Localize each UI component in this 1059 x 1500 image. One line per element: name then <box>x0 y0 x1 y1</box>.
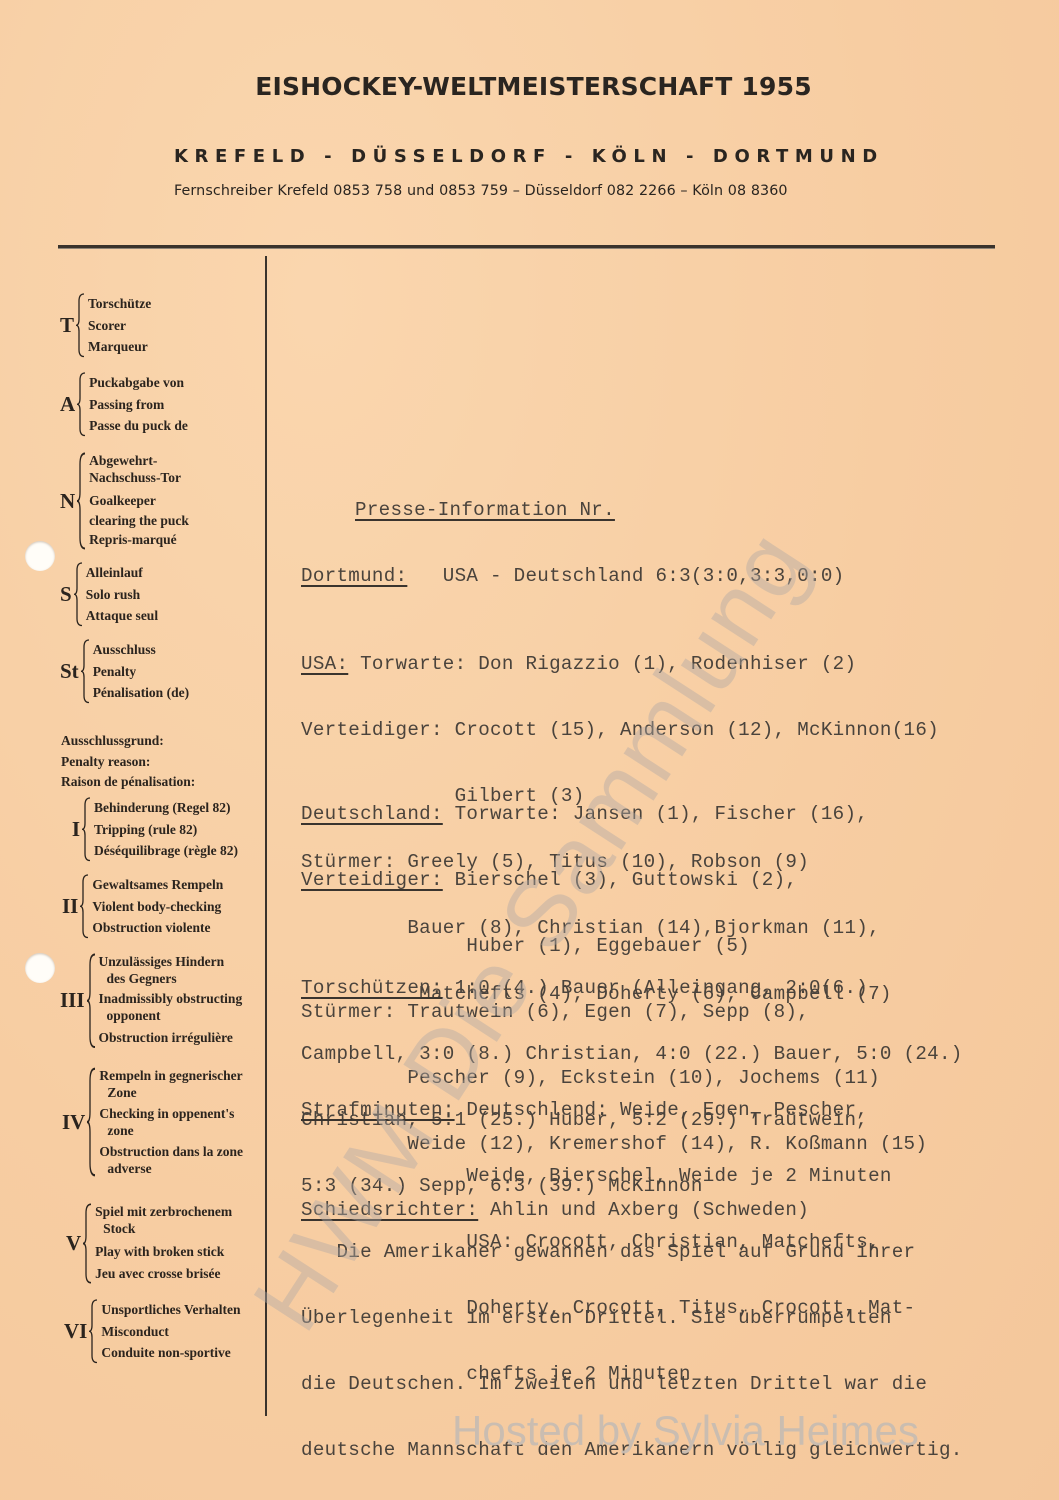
legend-line: Passe du puck de <box>89 415 188 437</box>
legend-item-St: St Ausschluss Penalty Pénalisation (de) <box>60 639 189 704</box>
brace-icon <box>80 874 89 939</box>
legend-item-A: A Puckabgabe von Passing from Passe du p… <box>60 372 188 437</box>
brace-icon <box>89 1299 98 1364</box>
legend-line: Puckabgabe von <box>89 372 188 394</box>
brace-icon <box>77 372 86 437</box>
penalty-reason-III: III Unzulässiges Hindern des Gegners Ina… <box>60 953 242 1049</box>
penalty-reason-VI: VI Unsportliches Verhalten Misconduct Co… <box>64 1299 240 1364</box>
legend-line: Rempeln in gegnerischer <box>99 1067 243 1084</box>
legend-line: Jeu avec crosse brisée <box>95 1263 232 1285</box>
legend-line: Repris-marqué <box>89 529 189 551</box>
legend-line: Penalty <box>93 661 189 683</box>
legend-line: Marqueur <box>88 336 151 358</box>
legend-line: Conduite non-sportive <box>101 1342 240 1364</box>
legend-line: Spiel mit zerbrochenem <box>95 1203 232 1220</box>
legend-line: Violent body-checking <box>92 896 223 918</box>
penalty-reason-IV: IV Rempeln in gegnerischer Zone Checking… <box>62 1067 243 1177</box>
legend-line: Behinderung (Regel 82) <box>94 797 238 819</box>
press-heading-text: Presse-Information Nr. <box>355 499 615 521</box>
letterhead-title: EISHOCKEY-WELTMEISTERSCHAFT 1955 <box>0 72 1059 101</box>
legend-item-N: N Abgewehrt- Nachschuss-Tor Goalkeeper c… <box>60 452 189 550</box>
legend-line: Inadmissibly obstructing <box>99 990 243 1007</box>
usa-label: USA: <box>301 653 348 675</box>
legend-key: I <box>64 817 80 842</box>
penalty-reason-I: I Behinderung (Regel 82) Tripping (rule … <box>64 797 238 862</box>
header-divider <box>58 245 995 249</box>
legend-line: Nachschuss-Tor <box>89 469 189 486</box>
legend-line: opponent <box>99 1007 243 1024</box>
legend-line: Obstruction irrégulière <box>99 1027 243 1049</box>
penalty-heading-en: Penalty reason: <box>61 752 195 773</box>
germany-label: Deutschland: <box>301 803 443 825</box>
hosted-by-watermark: Hosted by Sylvia Heimes <box>452 1407 919 1455</box>
legend-line: zone <box>99 1122 243 1139</box>
legend-line: Unsportliches Verhalten <box>101 1299 240 1321</box>
legend-line: Misconduct <box>101 1321 240 1343</box>
legend-line: Attaque seul <box>86 605 158 627</box>
legend-line: Torschütze <box>88 293 151 315</box>
legend-line: Checking in oppenent's <box>99 1105 243 1122</box>
legend-item-S: S Alleinlauf Solo rush Attaque seul <box>60 562 158 627</box>
legend-key: N <box>60 489 75 514</box>
legend-key: V <box>66 1231 81 1256</box>
legend-line: Zone <box>99 1084 243 1101</box>
legend-line: Gewaltsames Rempeln <box>92 874 223 896</box>
brace-icon <box>77 452 86 550</box>
brace-icon <box>81 639 90 704</box>
brace-icon <box>87 953 96 1049</box>
legend-key: VI <box>64 1319 87 1344</box>
penalty-reason-V: V Spiel mit zerbrochenem Stock Play with… <box>66 1203 232 1284</box>
usa-goalies: Torwarte: Don Rigazzio (1), Rodenhiser (… <box>348 653 856 675</box>
press-heading: Presse-Information Nr. <box>355 499 615 521</box>
legend-key: St <box>60 659 79 684</box>
brace-icon <box>83 1203 92 1284</box>
penalty-heading-de: Ausschlussgrund: <box>61 731 195 752</box>
legend-line: clearing the puck <box>89 512 189 529</box>
legend-line: Obstruction dans la zone <box>99 1143 243 1160</box>
brace-icon <box>87 1067 96 1177</box>
legend-line: des Gegners <box>99 970 243 987</box>
legend-key: A <box>60 392 75 417</box>
legend-key: II <box>62 894 78 919</box>
penalty-heading-fr: Raison de pénalisation: <box>61 772 195 793</box>
legend-line: Passing from <box>89 394 188 416</box>
legend-line: Play with broken stick <box>95 1241 232 1263</box>
summary-line: Die Amerikaner gewannen das Spiel auf Gr… <box>301 1241 963 1263</box>
brace-icon <box>76 293 85 358</box>
germany-defense-label: Verteidiger: <box>301 869 443 891</box>
legend-line: Goalkeeper <box>89 490 189 512</box>
legend-line: Unzulässiges Hindern <box>99 953 243 970</box>
legend-line: Stock <box>95 1220 232 1237</box>
legend-line: Solo rush <box>86 584 158 606</box>
summary-line: die Deutschen. Im zweiten und letzten Dr… <box>301 1373 963 1395</box>
legend-line: Ausschluss <box>93 639 189 661</box>
legend-key: IV <box>62 1110 85 1135</box>
legend-line: Tripping (rule 82) <box>94 819 238 841</box>
legend-item-T: T Torschütze Scorer Marqueur <box>60 293 151 358</box>
penalty-reason-heading: Ausschlussgrund: Penalty reason: Raison … <box>61 731 195 793</box>
legend-key: S <box>60 582 72 607</box>
brace-icon <box>74 562 83 627</box>
legend-line: Scorer <box>88 315 151 337</box>
penalties-line: Deutschlend: Weide, Egen, Pescher, <box>455 1099 869 1121</box>
brace-icon <box>82 797 91 862</box>
punch-hole <box>25 953 55 983</box>
letterhead-cities: KREFELD - DÜSSELDORF - KÖLN - DORTMUND <box>174 146 884 167</box>
legend-line: Abgewehrt- <box>89 452 189 469</box>
summary-line: Überlegenheit im ersten Drittel. Sie übe… <box>301 1307 963 1329</box>
legend-line: Pénalisation (de) <box>93 682 189 704</box>
venue-label: Dortmund: <box>301 565 407 587</box>
legend-line: adverse <box>99 1160 243 1177</box>
legend-key: III <box>60 988 85 1013</box>
legend-key: T <box>60 313 74 338</box>
legend-line: Déséquilibrage (règle 82) <box>94 840 238 862</box>
letterhead-contact: Fernschreiber Krefeld 0853 758 und 0853 … <box>174 183 788 199</box>
legend-line: Obstruction violente <box>92 917 223 939</box>
legend-line: Alleinlauf <box>86 562 158 584</box>
penalty-reason-II: II Gewaltsames Rempeln Violent body-chec… <box>62 874 223 939</box>
punch-hole <box>25 541 55 571</box>
